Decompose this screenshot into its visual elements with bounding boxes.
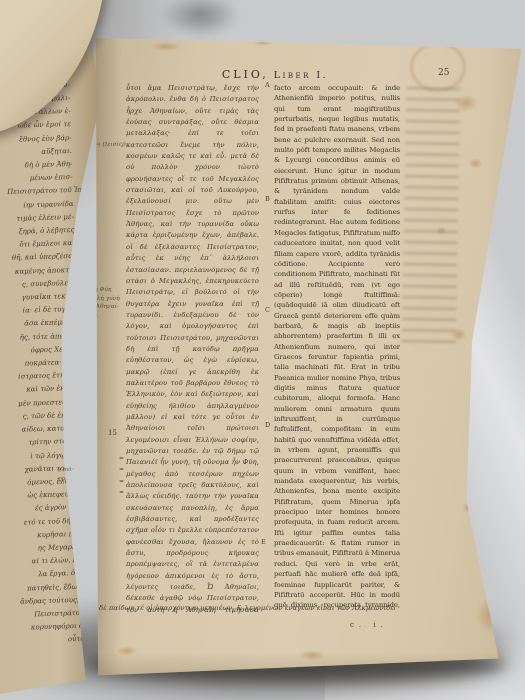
verso-line: ποκράτεα· ἡμέ- xyxy=(12,356,78,371)
marginal-note-line: ων. xyxy=(89,312,120,321)
verso-line: οὗτοι xyxy=(21,633,87,648)
foxing-stain xyxy=(116,646,138,656)
marginal-note-line: ςρ. xyxy=(58,474,75,484)
verso-line: ς, τῶν δὲ ἐκ τοῦ xyxy=(14,409,80,424)
latin-text-column: facto arcem occupauit: & inde Athenienfi… xyxy=(274,83,400,612)
marginal-note-line: τ. Ἀθηναί- xyxy=(89,303,120,312)
verso-line: ές ἀγρὸν ἤθε- xyxy=(17,501,83,516)
page-header: CLIO,Liber I. xyxy=(200,63,350,82)
marginal-note-line: Ϟ ἡ Φύη xyxy=(89,286,120,295)
quote-mark: = xyxy=(119,464,124,475)
verso-line: τρίτην στάσιν. xyxy=(15,435,81,450)
quote-mark: = xyxy=(119,453,124,464)
verso-line: ὶ τῷ λόγῳ τῶν xyxy=(15,448,81,463)
marginal-note-phya: Ϟ ἡ Φύηκαλὴ γυνὴτ. Ἀθηναί-ων. xyxy=(89,286,120,320)
book-title: CLIO, xyxy=(222,68,269,81)
foxing-stain xyxy=(253,39,273,46)
verso-line: μὲν προεστεῶτος xyxy=(14,396,80,411)
marginal-note-line: Ϟ πει- xyxy=(57,465,74,475)
greek-text-column: ὗτοι ἅμα Πεισιστράτῳ, ἔσχε τὴν ἀκρόπολιν… xyxy=(126,83,259,615)
verso-line: ίστρατος ἔτη, ὅς, xyxy=(13,369,79,384)
marginal-number: 15 xyxy=(108,429,117,437)
verso-line: ὡς ἐκπεφευγὼς xyxy=(17,488,83,503)
verso-line: ῆς, τότε ἀπείπα- xyxy=(12,330,78,345)
quote-mark: = xyxy=(119,487,124,498)
foxing-stain xyxy=(150,42,182,51)
marginal-note-pisistratus: Ϟ Πεισίςρ. xyxy=(97,140,128,150)
verso-line: όφρος Χείλω- xyxy=(12,343,78,358)
greek-closing-line: δὲ παίδων τέ οἱ ὑπαρχόντων νεηνιέων, & λ… xyxy=(99,604,395,612)
marginal-note-line: καλὴ γυνὴ xyxy=(89,295,120,304)
marginal-note-small: Ϟ πει-ςρ. xyxy=(57,465,75,483)
verso-line: ετό τε τοῦ δήμου xyxy=(17,514,83,529)
gutter-letter: A xyxy=(265,81,270,89)
verso-line: ης Μεγαρέας xyxy=(18,541,84,556)
gutter-letter: E xyxy=(261,538,266,546)
gutter-letter: C xyxy=(265,306,270,314)
gutter-letter: D xyxy=(265,421,270,429)
verso-line: κυρῆσαι πρό- xyxy=(18,527,84,542)
main-page: CLIO,Liber I. 25 ὗτοι ἅμα Πεισιστράτῳ, ἔ… xyxy=(88,30,525,680)
book-photo: γλώσσῃ μὲν,τῇ αὐτῇ χρέωνται,χθαι μᾶλ-ἐὸν… xyxy=(0,0,525,700)
quotation-marks: ==== xyxy=(119,453,124,498)
foxing-stain xyxy=(298,650,326,661)
verso-line: αίδεω, καταφρο- xyxy=(14,422,80,437)
ring-stain xyxy=(410,42,466,92)
show-through-text xyxy=(402,87,461,350)
verso-line: καὶ τῶν ἐκ τοῦ xyxy=(13,382,79,397)
page-number: 25 xyxy=(438,68,449,78)
verso-line: γυναῖκα τεκνο- xyxy=(10,290,76,305)
verso-line: ᾶσα ἐκπέμπειν xyxy=(11,316,77,331)
verso-line: ία· εἰ δὲ τυγχά- xyxy=(11,303,77,318)
verso-line: αί τι ἑλὼν, καὶ xyxy=(19,554,85,569)
foxing-stain xyxy=(462,502,475,513)
signature-mark: c. i. xyxy=(350,621,388,629)
foxing-stain xyxy=(468,158,483,169)
gutter-letter: B xyxy=(265,195,270,203)
quote-mark: = xyxy=(119,476,124,487)
section-title: Liber I. xyxy=(274,70,328,81)
